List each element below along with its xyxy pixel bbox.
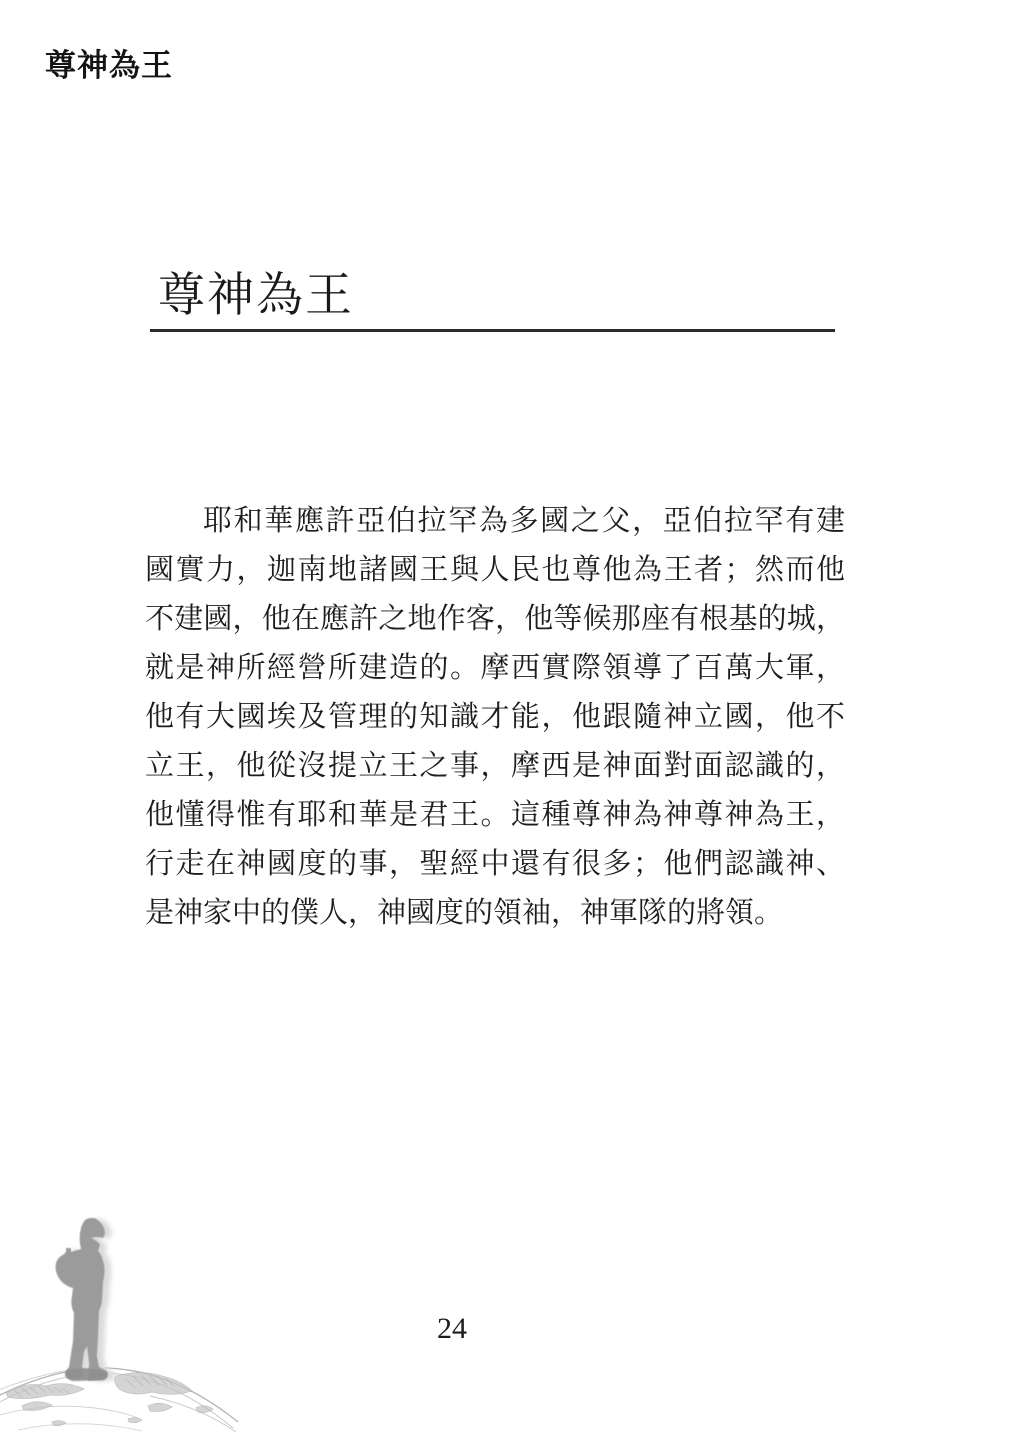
paragraph-line: 就是神所經營所建造的。摩西實際領導了百萬大軍， bbox=[145, 644, 845, 693]
paragraph-line: 立王，他從沒提立王之事，摩西是神面對面認識的， bbox=[145, 742, 845, 791]
page-number: 24 bbox=[402, 1312, 502, 1346]
page-header-text: 尊神為王 bbox=[45, 40, 173, 85]
body-paragraph: 耶和華應許亞伯拉罕為多國之父，亞伯拉罕有建 國實力，迦南地諸國王與人民也尊他為王… bbox=[145, 497, 845, 938]
paragraph-line: 國實力，迦南地諸國王與人民也尊他為王者；然而他 bbox=[145, 546, 845, 595]
paragraph-line: 不建國，他在應許之地作客，他等候那座有根基的城， bbox=[145, 595, 845, 644]
person-on-globe-illustration bbox=[0, 1200, 260, 1434]
paragraph-line: 行走在神國度的事，聖經中還有很多；他們認識神、 bbox=[145, 840, 845, 889]
title-rule bbox=[150, 329, 835, 332]
paragraph-line: 他有大國埃及管理的知識才能，他跟隨神立國，他不 bbox=[145, 693, 845, 742]
paragraph-line: 是神家中的僕人，神國度的領袖，神軍隊的將領。 bbox=[145, 889, 845, 938]
paragraph-line: 他懂得惟有耶和華是君王。這種尊神為神尊神為王， bbox=[145, 791, 845, 840]
chapter-title: 尊神為王 bbox=[158, 258, 354, 325]
book-page: 尊神為王 尊神為王 耶和華應許亞伯拉罕為多國之父，亞伯拉罕有建 國實力，迦南地諸… bbox=[0, 0, 1024, 1434]
paragraph-line: 耶和華應許亞伯拉罕為多國之父，亞伯拉罕有建 bbox=[145, 497, 845, 546]
